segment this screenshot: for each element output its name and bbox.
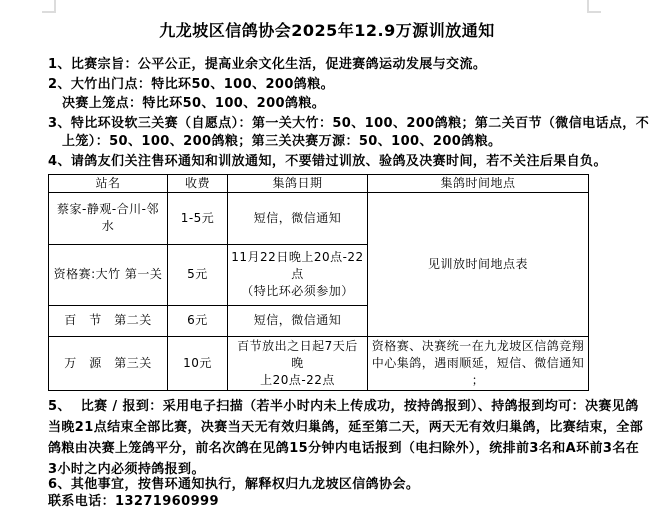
cell-station: 百 节 第二关 xyxy=(49,305,168,336)
header-station: 站名 xyxy=(49,174,168,192)
header-date: 集鸽日期 xyxy=(228,174,368,192)
cell-fee: 6元 xyxy=(168,305,228,336)
table-row: 万 源 第三关 10元 百节放出之日起7天后晚 上20点-22点 资格赛、决赛统… xyxy=(49,336,589,390)
cell-station: 资格赛:大竹 第一关 xyxy=(49,244,168,305)
document-page: 九龙坡区信鸽协会2025年12.9万源训放通知 1、比赛宗旨：公平公正，提高业余… xyxy=(0,0,650,528)
cell-date: 百节放出之日起7天后晚 上20点-22点 xyxy=(228,336,368,390)
header-fee: 收费 xyxy=(168,174,228,192)
cell-date: 短信，微信通知 xyxy=(228,192,368,244)
document-body: 九龙坡区信鸽协会2025年12.9万源训放通知 1、比赛宗旨：公平公正，提高业余… xyxy=(48,0,606,511)
table-header-row: 站名 收费 集鸽日期 集鸽时间地点 xyxy=(49,174,589,192)
table-row: 蔡家-静观-合川-邻水 1-5元 短信，微信通知 见训放时间地点表 xyxy=(49,192,589,244)
cell-date: 11月22日晚上20点-22点 （特比环必须参加） xyxy=(228,244,368,305)
cell-fee: 5元 xyxy=(168,244,228,305)
contact-phone: 联系电话：13271960999 xyxy=(48,494,606,511)
notice-item-3: 3、特比环设软三关赛（自愿点）：第一关大竹：50、100、200鸽粮；第二关百节… xyxy=(48,115,606,152)
pigeon-collection-schedule-table: 站名 收费 集鸽日期 集鸽时间地点 蔡家-静观-合川-邻水 1-5元 短信，微信… xyxy=(48,174,589,391)
notice-item-1: 1、比赛宗旨：公平公正，提高业余文化生活，促进赛鸽运动发展与交流。 xyxy=(48,56,606,75)
cell-place: 资格赛、决赛统一在九龙坡区信鸽竞翔 中心集鸽，遇雨顺延，短信、微信通知 ； xyxy=(368,336,589,390)
cell-place-merged: 见训放时间地点表 xyxy=(368,192,589,336)
cell-fee: 10元 xyxy=(168,336,228,390)
notice-item-4: 4、请鸽友们关注售环通知和训放通知，不要错过训放、验鸽及决赛时间，若不关注后果自… xyxy=(48,153,606,172)
cell-date: 短信，微信通知 xyxy=(228,305,368,336)
page-title: 九龙坡区信鸽协会2025年12.9万源训放通知 xyxy=(48,21,606,41)
cell-station: 万 源 第三关 xyxy=(49,336,168,390)
notice-item-5: 5、 比赛 / 报到：采用电子扫描（若半小时内未上传成功，按持鸽报到）、持鸽报到… xyxy=(48,396,606,481)
cell-fee: 1-5元 xyxy=(168,192,228,244)
notice-item-2: 2、大竹出门点：特比环50、100、200鸽粮。 决赛上笼点：特比环50、100… xyxy=(48,76,606,113)
notice-item-6: 6、其他事宜，按售环通知执行，解释权归九龙坡区信鸽协会。 xyxy=(48,477,606,494)
cell-station: 蔡家-静观-合川-邻水 xyxy=(49,192,168,244)
header-time-place: 集鸽时间地点 xyxy=(368,174,589,192)
